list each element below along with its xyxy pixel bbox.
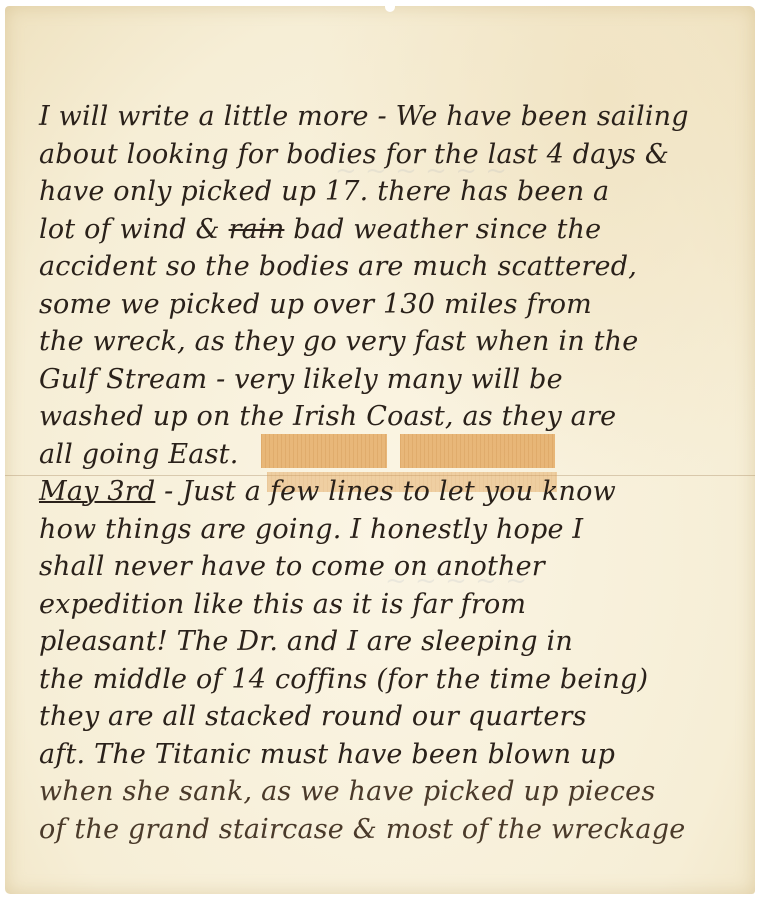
- line-text: bad weather since the: [284, 214, 601, 245]
- struck-word: rain: [229, 214, 285, 245]
- letter-line-10: all going East.: [39, 436, 754, 474]
- letter-line-4: lot of wind & rain bad weather since the: [39, 211, 754, 249]
- letter-line-14: expedition like this as it is far from: [39, 586, 754, 624]
- letter-line-20: of the grand staircase & most of the wre…: [39, 811, 754, 849]
- letter-line-17: they are all stacked round our quarters: [39, 698, 754, 736]
- letter-line-18: aft. The Titanic must have been blown up: [39, 736, 754, 774]
- paper-notch: [385, 6, 395, 12]
- letter-body: I will write a little more - We have bee…: [39, 98, 754, 848]
- letter-line-15: pleasant! The Dr. and I are sleeping in: [39, 623, 754, 661]
- letter-line-16: the middle of 14 coffins (for the time b…: [39, 661, 754, 699]
- letter-line-9: washed up on the Irish Coast, as they ar…: [39, 398, 754, 436]
- letter-line-11: May 3rd - Just a few lines to let you kn…: [39, 473, 754, 511]
- letter-line-13: shall never have to come on another: [39, 548, 754, 586]
- letter-line-2: about looking for bodies for the last 4 …: [39, 136, 754, 174]
- line-text: - Just a few lines to let you know: [155, 476, 616, 507]
- letter-line-12: how things are going. I honestly hope I: [39, 511, 754, 549]
- letter-page: ~ ~ ~ ~ ~ ~ ~ ~ ~ ~ ~ I will write a lit…: [5, 6, 755, 894]
- letter-line-8: Gulf Stream - very likely many will be: [39, 361, 754, 399]
- letter-line-6: some we picked up over 130 miles from: [39, 286, 754, 324]
- letter-line-1: I will write a little more - We have bee…: [39, 98, 754, 136]
- letter-line-7: the wreck, as they go very fast when in …: [39, 323, 754, 361]
- letter-line-5: accident so the bodies are much scattere…: [39, 248, 754, 286]
- date-heading: May 3rd: [39, 476, 155, 507]
- letter-line-3: have only picked up 17. there has been a: [39, 173, 754, 211]
- line-text: lot of wind &: [39, 214, 229, 245]
- letter-line-19: when she sank, as we have picked up piec…: [39, 773, 754, 811]
